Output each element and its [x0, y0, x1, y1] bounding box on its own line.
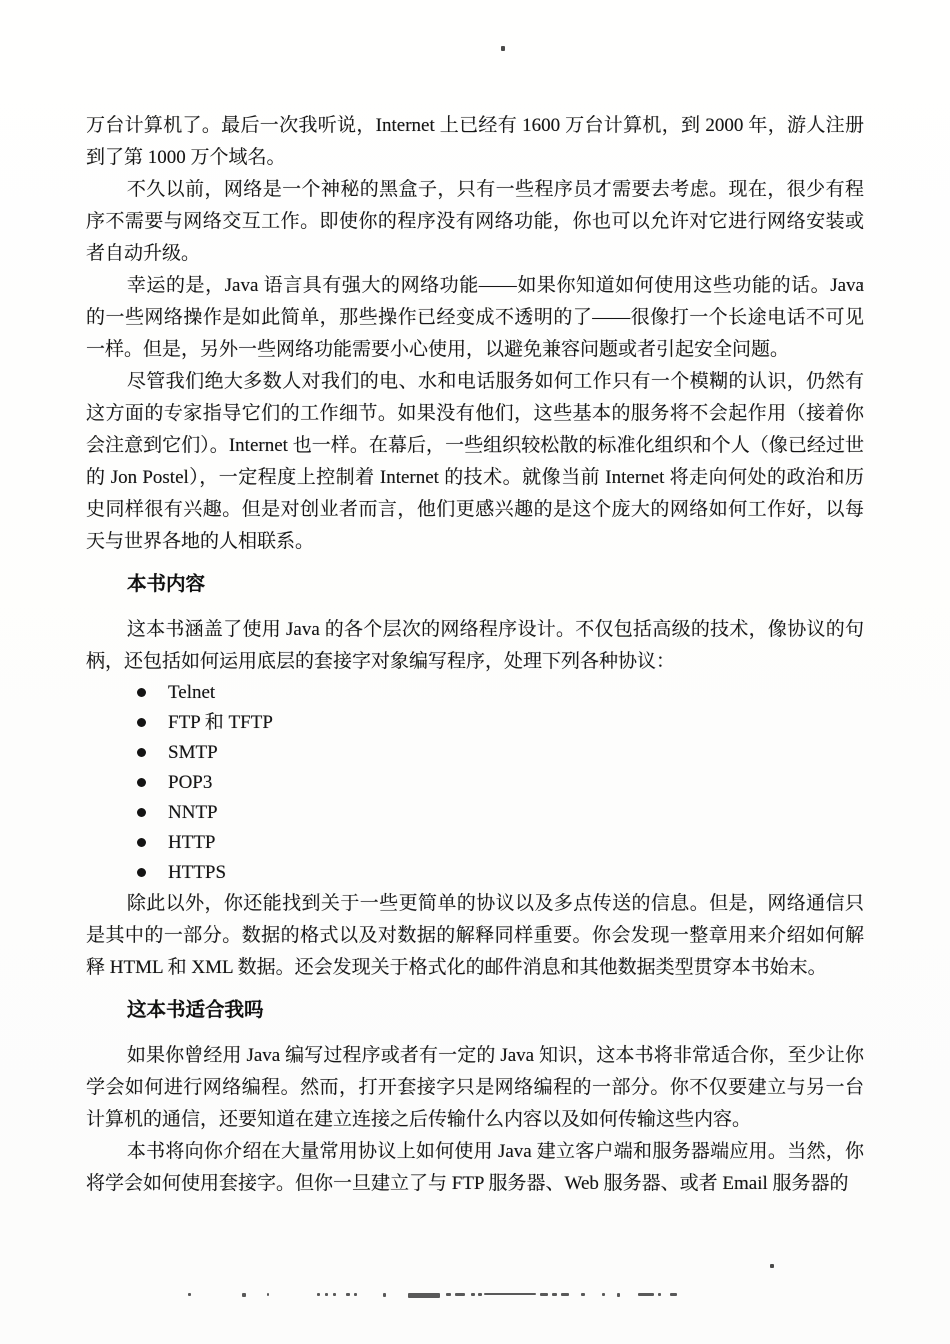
paragraph: 除此以外，你还能找到关于一些更简单的协议以及多点传送的信息。但是，网络通信只是其…	[86, 888, 864, 984]
scan-noise-dash	[446, 1293, 451, 1296]
scan-noise-dash	[242, 1293, 246, 1297]
scan-noise-dash	[602, 1293, 605, 1296]
protocol-label: HTTPS	[168, 862, 226, 883]
protocol-list-item: FTP 和 TFTP	[137, 708, 864, 738]
paragraph: 这本书涵盖了使用 Java 的各个层次的网络程序设计。不仅包括高级的技术，像协议…	[86, 614, 864, 678]
scan-noise-dash	[561, 1293, 569, 1296]
protocol-list-item: POP3	[137, 768, 864, 798]
scan-noise-dash	[478, 1293, 482, 1296]
scan-noise-dash	[408, 1293, 440, 1298]
section-heading: 本书内容	[86, 568, 864, 600]
scan-noise-dash	[354, 1293, 357, 1296]
bullet-icon	[137, 778, 146, 787]
bullet-icon	[137, 838, 146, 847]
protocol-list-item: HTTP	[137, 828, 864, 858]
protocol-list-item: NNTP	[137, 798, 864, 828]
scan-noise-dash	[346, 1293, 350, 1296]
scan-noise-dash	[670, 1293, 677, 1296]
scan-speck	[770, 1264, 774, 1268]
paragraph: 万台计算机了。最后一次我听说，Internet 上已经有 1600 万台计算机，…	[86, 110, 864, 174]
scan-noise-dash	[638, 1293, 654, 1296]
protocol-label: FTP 和 TFTP	[168, 712, 273, 733]
scan-noise-dash	[383, 1293, 386, 1297]
paragraph: 本书将向你介绍在大量常用协议上如何使用 Java 建立客户端和服务器端应用。当然…	[86, 1136, 864, 1200]
scan-noise-dash	[333, 1293, 336, 1296]
scanned-book-page: 万台计算机了。最后一次我听说，Internet 上已经有 1600 万台计算机，…	[0, 0, 950, 1344]
paragraph: 尽管我们绝大多数人对我们的电、水和电话服务如何工作只有一个模糊的认识，仍然有这方…	[86, 366, 864, 558]
protocol-label: NNTP	[168, 802, 218, 823]
scan-speck	[501, 46, 505, 51]
bullet-icon	[137, 718, 146, 727]
scan-noise-dash	[540, 1293, 548, 1296]
protocol-list-item: SMTP	[137, 738, 864, 768]
scan-noise-dash	[267, 1293, 269, 1296]
scan-noise-dash	[188, 1293, 191, 1296]
protocol-list-item: Telnet	[137, 678, 864, 708]
scan-noise-dash	[581, 1293, 585, 1296]
scan-noise-dash	[325, 1293, 328, 1296]
bullet-icon	[137, 688, 146, 697]
protocol-list-item: HTTPS	[137, 858, 864, 888]
protocol-label: SMTP	[168, 742, 218, 763]
scan-noise-dash	[552, 1293, 557, 1296]
paragraph: 幸运的是，Java 语言具有强大的网络功能——如果你知道如何使用这些功能的话。J…	[86, 270, 864, 366]
scan-speck	[860, 282, 863, 285]
bullet-icon	[137, 808, 146, 817]
bullet-icon	[137, 748, 146, 757]
scan-noise-dash	[455, 1293, 465, 1296]
page-content: 万台计算机了。最后一次我听说，Internet 上已经有 1600 万台计算机，…	[86, 110, 864, 1200]
scan-noise-dash	[471, 1293, 475, 1296]
bullet-icon	[137, 868, 146, 877]
scan-noise-dash	[658, 1293, 661, 1296]
paragraph: 如果你曾经用 Java 编写过程序或者有一定的 Java 知识，这本书将非常适合…	[86, 1040, 864, 1136]
protocol-label: Telnet	[168, 682, 215, 703]
protocol-label: HTTP	[168, 832, 216, 853]
scan-noise-dash	[617, 1293, 620, 1297]
section-heading: 这本书适合我吗	[86, 994, 864, 1026]
paragraph: 不久以前，网络是一个神秘的黑盒子，只有一些程序员才需要去考虑。现在，很少有程序不…	[86, 174, 864, 270]
scan-noise-dash	[484, 1293, 536, 1295]
protocol-list: TelnetFTP 和 TFTPSMTPPOP3NNTPHTTPHTTPS	[86, 678, 864, 888]
scan-noise-dash	[317, 1293, 320, 1296]
protocol-label: POP3	[168, 772, 212, 793]
